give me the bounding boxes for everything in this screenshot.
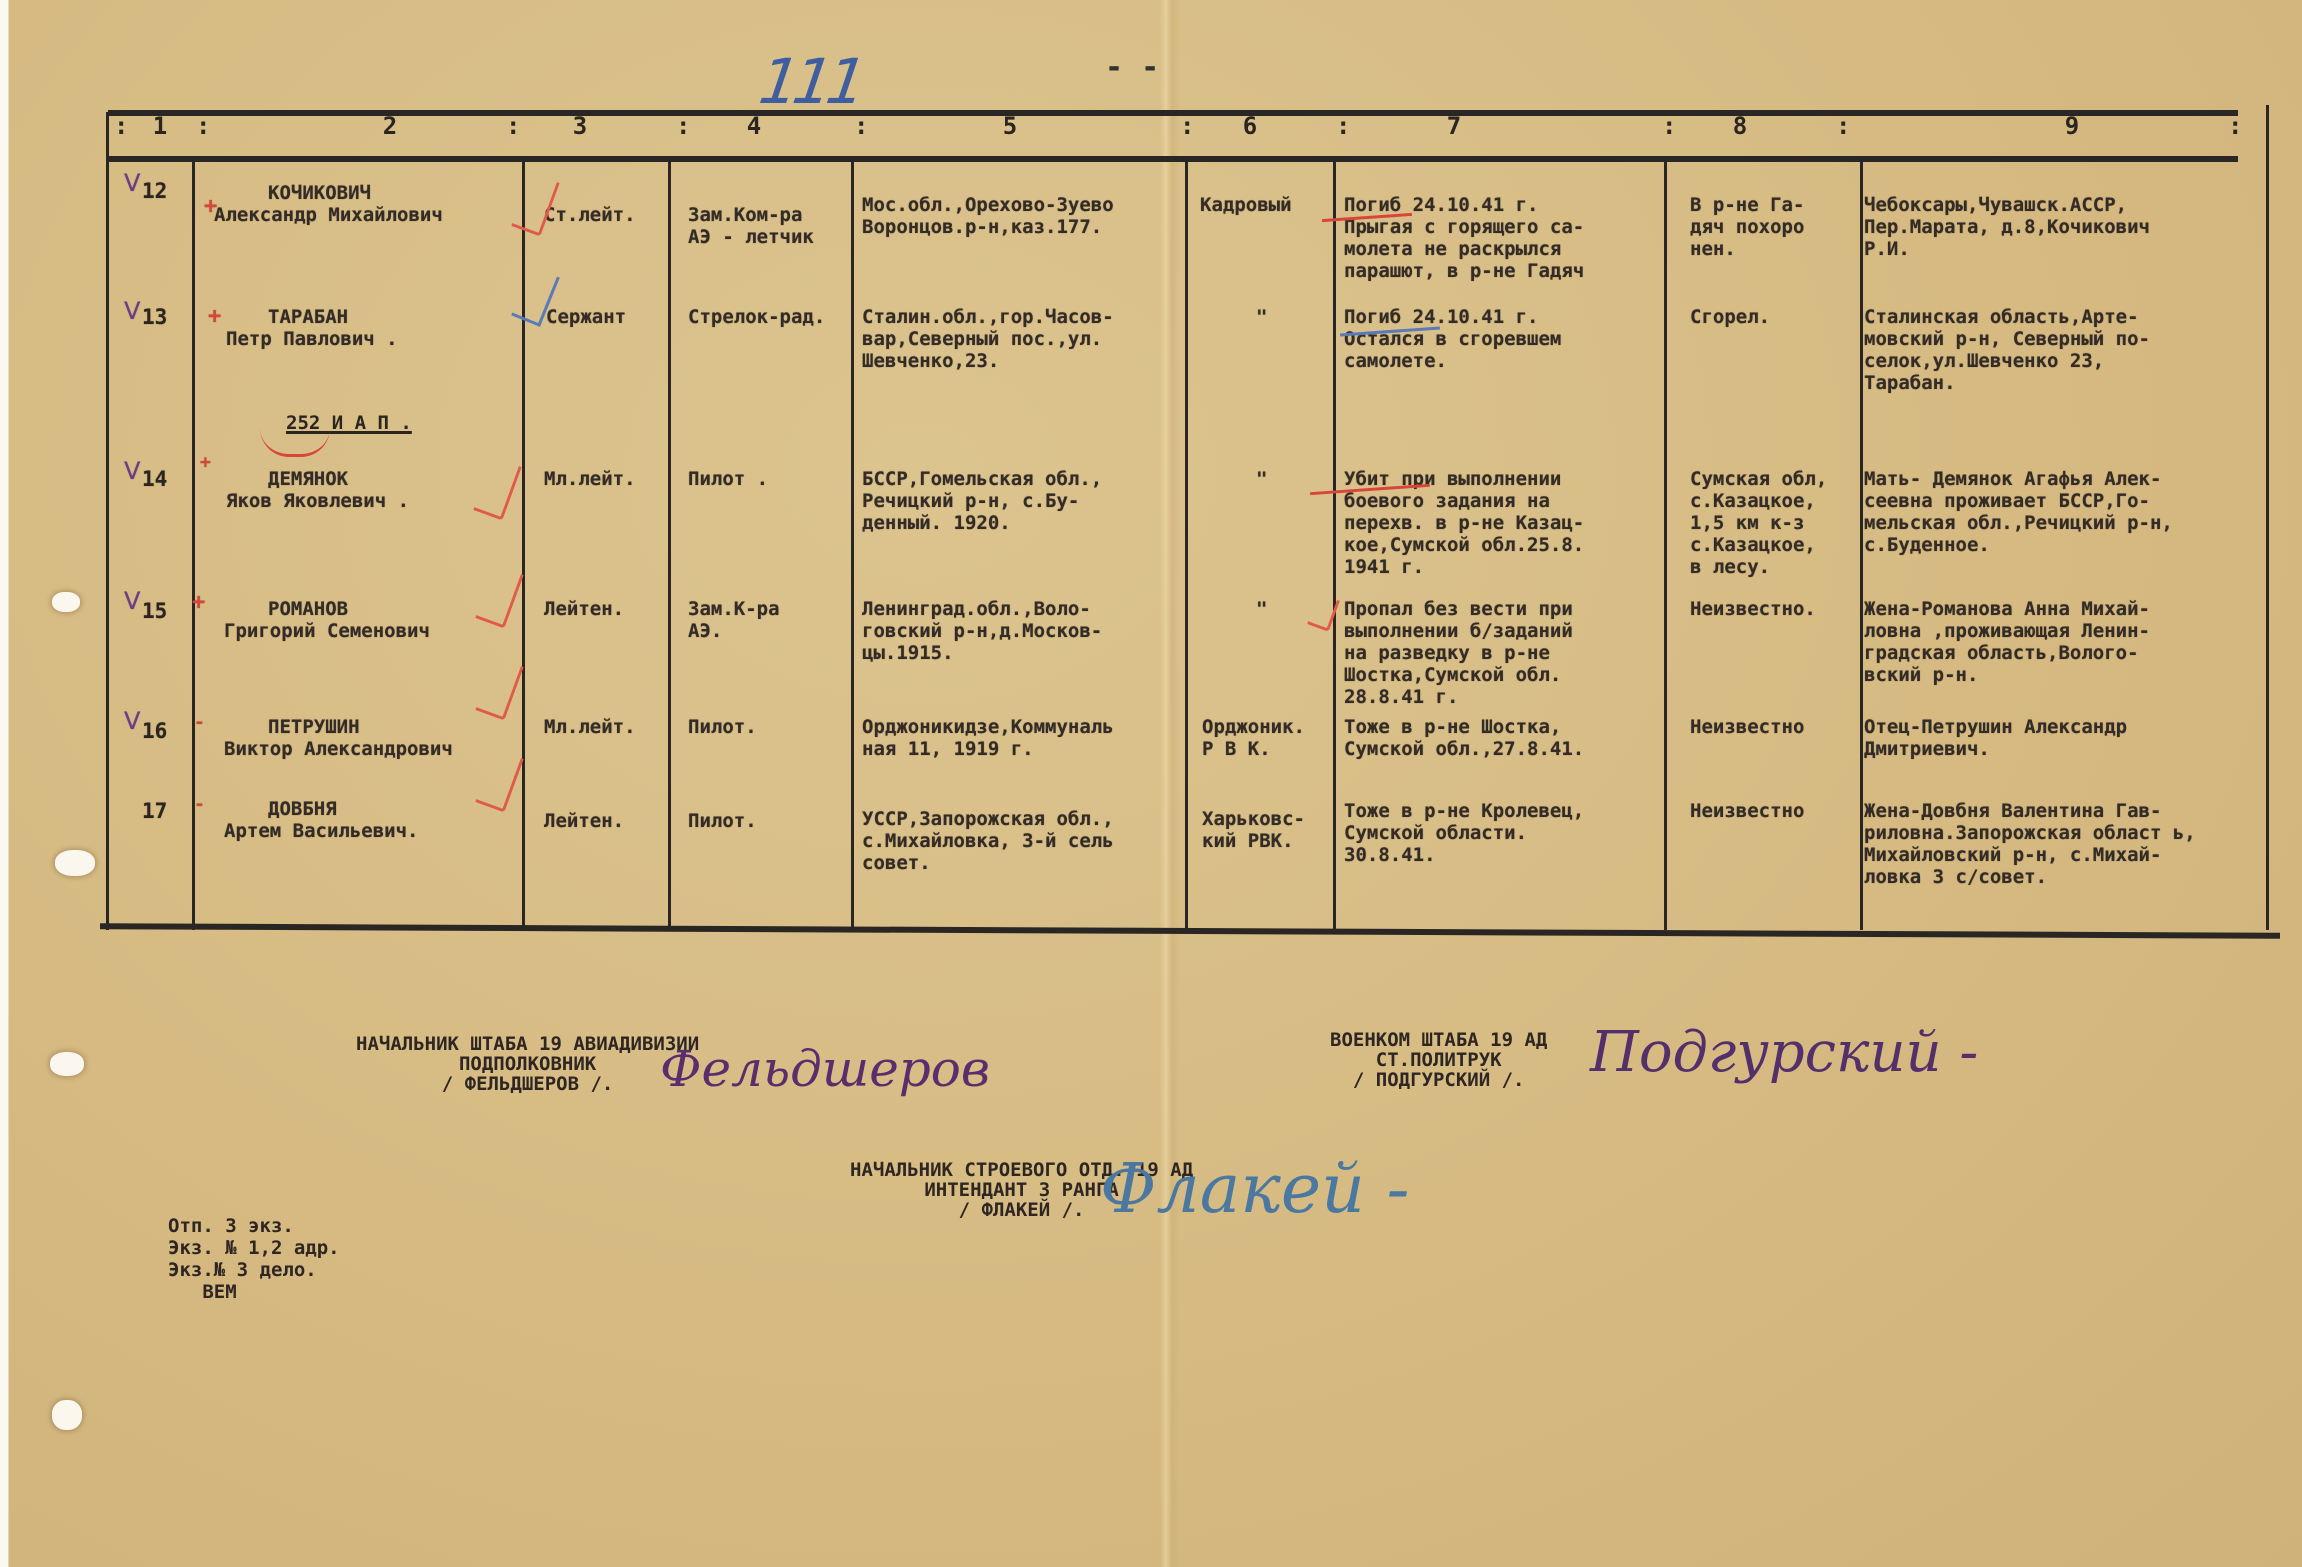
verified-check-mark: V xyxy=(124,710,140,732)
commissar-signature-block: ВОЕНКОМ ШТАБА 19 АД СТ.ПОЛИТРУК / ПОДГУР… xyxy=(1330,1030,1547,1090)
drill-department-chief-handwritten-signature: Флакей - xyxy=(1100,1150,1410,1229)
service-type: " xyxy=(1256,468,1267,490)
home-address: БССР,Гомельская обл., Речицкий р-н, с.Бу… xyxy=(862,468,1102,534)
column-header-9: 9 xyxy=(2062,112,2082,140)
red-circle-mark xyxy=(260,428,330,457)
verified-check-mark: V xyxy=(124,172,140,194)
verified-check-mark: V xyxy=(124,460,140,482)
home-address: УССР,Запорожская обл., с.Михайловка, 3-й… xyxy=(862,808,1114,874)
column-header-8: 8 xyxy=(1730,112,1750,140)
position: Зам.Ком-ра АЭ - летчик xyxy=(688,204,814,248)
home-address: Орджоникидзе,Коммуналь ная 11, 1919 г. xyxy=(862,716,1114,760)
row-number: 13 xyxy=(142,306,167,328)
folio-number: 111 xyxy=(755,45,866,118)
header-separator: : xyxy=(1662,112,1676,140)
row-number: 12 xyxy=(142,180,167,202)
page-marker: - - xyxy=(1105,50,1159,85)
column-header-5: 5 xyxy=(1000,112,1020,140)
header-separator: : xyxy=(196,112,210,140)
surname: ТАРАБАН xyxy=(268,306,348,328)
burial-place: Неизвестно. xyxy=(1690,598,1816,620)
given-names: Петр Павлович . xyxy=(226,328,398,350)
column-divider xyxy=(1333,160,1336,930)
red-cross-mark: - xyxy=(194,794,205,816)
column-divider xyxy=(1185,160,1188,930)
header-separator: : xyxy=(114,112,128,140)
header-bottom-rule xyxy=(108,156,2238,162)
position: Пилот. xyxy=(688,810,757,832)
rank: Мл.лейт. xyxy=(544,716,636,738)
red-check-mark xyxy=(473,456,522,520)
given-names: Виктор Александрович xyxy=(224,738,453,760)
given-names: Григорий Семенович xyxy=(224,620,430,642)
row-number: 17 xyxy=(142,800,167,822)
row-number: 15 xyxy=(142,600,167,622)
service-type: " xyxy=(1256,306,1267,328)
column-header-7: 7 xyxy=(1444,112,1464,140)
header-separator: : xyxy=(854,112,868,140)
circumstances: Погиб 24.10.41 г. Остался в сгоревшем са… xyxy=(1344,306,1561,372)
surname: КОЧИКОВИЧ xyxy=(268,182,371,204)
rank: Лейтен. xyxy=(544,598,624,620)
column-divider xyxy=(668,160,671,930)
distribution-notes: Отп. 3 экз. Экз. № 1,2 адр. Экз.№ 3 дело… xyxy=(168,1215,340,1303)
table-bottom-rule xyxy=(100,923,2280,939)
given-names: Александр Михайлович xyxy=(214,204,443,226)
column-header-4: 4 xyxy=(744,112,764,140)
position: Стрелок-рад. xyxy=(688,306,825,328)
service-type: Кадровый xyxy=(1200,194,1292,216)
header-separator: : xyxy=(2228,112,2242,140)
relatives-address: Сталинская область,Арте- мовский р-н, Се… xyxy=(1864,306,2150,394)
punch-hole xyxy=(55,850,95,876)
service-type: " xyxy=(1256,598,1267,620)
service-type: Орджоник. Р В К. xyxy=(1202,716,1305,760)
circumstances: Пропал без вести при выполнении б/задани… xyxy=(1344,598,1573,708)
rank: Сержант xyxy=(546,306,626,328)
column-header-6: 6 xyxy=(1240,112,1260,140)
table-left-border xyxy=(106,112,109,930)
punch-hole xyxy=(50,1052,84,1076)
rank: Мл.лейт. xyxy=(544,468,636,490)
circumstances: Убит при выполнении боевого задания на п… xyxy=(1344,468,1584,578)
position: Пилот . xyxy=(688,468,768,490)
circumstances: Тоже в р-не Шостка, Сумской обл.,27.8.41… xyxy=(1344,716,1584,760)
burial-place: Сумская обл, с.Казацкое, 1,5 км к-з с.Ка… xyxy=(1690,468,1827,578)
surname: ПЕТРУШИН xyxy=(268,716,360,738)
relatives-address: Мать- Демянок Агафья Алек- сеевна прожив… xyxy=(1864,468,2173,556)
table-top-rule xyxy=(108,110,2238,116)
red-cross-mark: + xyxy=(200,452,211,474)
given-names: Яков Яковлевич . xyxy=(226,490,409,512)
header-separator: : xyxy=(1336,112,1350,140)
given-names: Артем Васильевич. xyxy=(224,820,418,842)
column-divider xyxy=(522,160,525,930)
column-header-3: 3 xyxy=(570,112,590,140)
surname: ДОВБНЯ xyxy=(268,798,337,820)
red-check-mark xyxy=(475,656,524,720)
row-number: 16 xyxy=(142,720,167,742)
chief-of-staff-handwritten-signature: Фельдшеров xyxy=(660,1040,990,1098)
burial-place: Неизвестно xyxy=(1690,716,1804,738)
relatives-address: Отец-Петрушин Александр Дмитриевич. xyxy=(1864,716,2127,760)
header-separator: : xyxy=(1836,112,1850,140)
archival-document-page: 111 - - : 1 : 2 : 3 : 4 : 5 : 6 : 7 : 8 … xyxy=(0,0,2302,1567)
header-separator: : xyxy=(1180,112,1194,140)
home-address: Сталин.обл.,гор.Часов- вар,Северный пос.… xyxy=(862,306,1114,372)
punch-hole xyxy=(52,1400,82,1430)
surname: ДЕМЯНОК xyxy=(268,468,348,490)
verified-check-mark: V xyxy=(124,300,140,322)
circumstances: Погиб 24.10.41 г. Прыгая с горящего са- … xyxy=(1344,194,1584,282)
column-header-2: 2 xyxy=(380,112,400,140)
position: Зам.К-ра АЭ. xyxy=(688,598,780,642)
punch-hole xyxy=(52,592,80,612)
red-check-mark xyxy=(475,564,524,628)
column-header-1: 1 xyxy=(150,112,170,140)
header-separator: : xyxy=(676,112,690,140)
red-check-mark xyxy=(475,748,524,812)
table-right-border xyxy=(2266,105,2269,930)
burial-place: Сгорел. xyxy=(1690,306,1770,328)
burial-place: Неизвестно xyxy=(1690,800,1804,822)
relatives-address: Чебоксары,Чувашск.АССР, Пер.Марата, д.8,… xyxy=(1864,194,2150,260)
column-divider xyxy=(1860,160,1863,930)
column-divider xyxy=(1664,160,1667,930)
circumstances: Тоже в р-не Кролевец, Сумской области. 3… xyxy=(1344,800,1584,866)
rank: Ст.лейт. xyxy=(544,204,636,226)
chief-of-staff-signature-block: НАЧАЛЬНИК ШТАБА 19 АВИАДИВИЗИИ ПОДПОЛКОВ… xyxy=(356,1034,699,1094)
service-type: Харьковс- кий РВК. xyxy=(1202,808,1305,852)
relatives-address: Жена-Довбня Валентина Гав- риловна.Запор… xyxy=(1864,800,2196,888)
home-address: Ленинград.обл.,Воло- говский р-н,д.Моско… xyxy=(862,598,1102,664)
home-address: Мос.обл.,Орехово-Зуево Воронцов.р-н,каз.… xyxy=(862,194,1114,238)
burial-place: В р-не Га- дяч похоро нен. xyxy=(1690,194,1804,260)
column-divider xyxy=(851,160,854,930)
header-separator: : xyxy=(506,112,520,140)
position: Пилот. xyxy=(688,716,757,738)
row-number: 14 xyxy=(142,468,167,490)
commissar-handwritten-signature: Подгурский - xyxy=(1590,1020,1978,1085)
red-cross-mark: - xyxy=(194,712,205,734)
relatives-address: Жена-Романова Анна Михай- ловна ,прожива… xyxy=(1864,598,2150,686)
rank: Лейтен. xyxy=(544,810,624,832)
surname: РОМАНОВ xyxy=(268,598,348,620)
red-cross-mark: + xyxy=(192,592,205,614)
red-cross-mark: + xyxy=(208,306,221,328)
verified-check-mark: V xyxy=(124,590,140,612)
